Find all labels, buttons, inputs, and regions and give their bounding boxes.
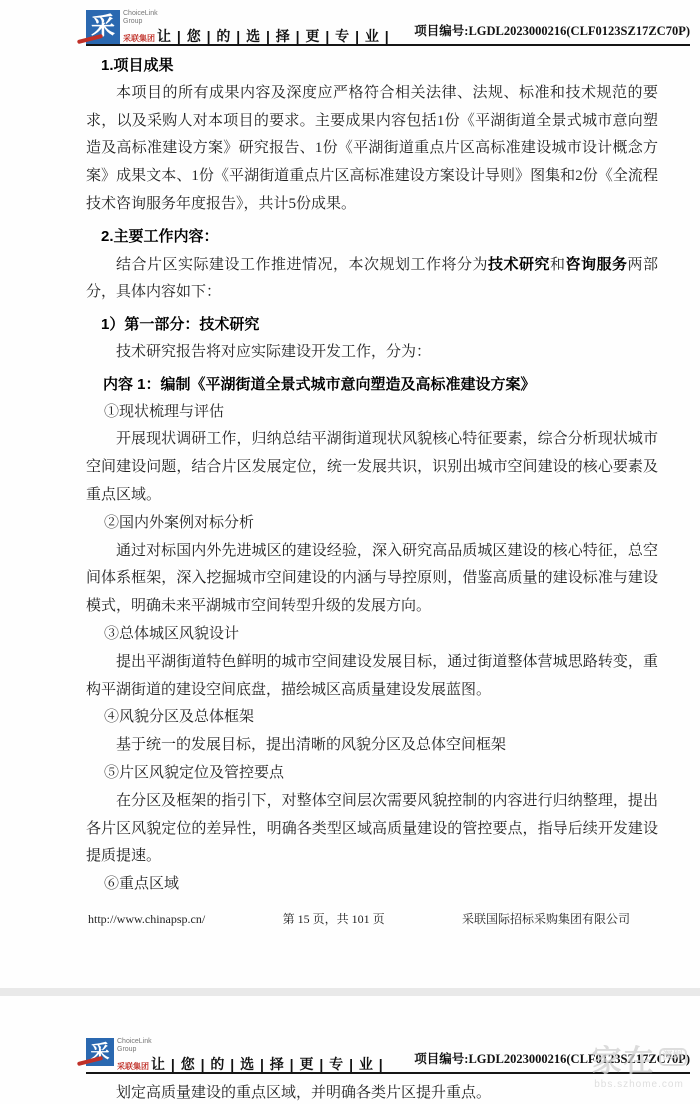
doc-paragraph: 本项目的所有成果内容及深度应严格符合相关法律、法规、标准和技术规范的要求，以及采… xyxy=(86,80,658,219)
choicelink-logo-icon: 采 xyxy=(86,1038,114,1066)
page-separator xyxy=(0,988,700,996)
doc-paragraph: 技术研究报告将对应实际建设开发工作，分为： xyxy=(86,339,658,367)
doc-heading: 内容 1：编制《平湖街道全景式城市意向塑造及高标准建设方案》 xyxy=(103,371,658,399)
doc-paragraph: 在分区及框架的指引下，对整体空间层次需要风貌控制的内容进行归纳整理，提出各片区风… xyxy=(86,788,658,871)
doc-heading: 1）第一部分：技术研究 xyxy=(101,311,658,339)
header-tagline: 让 | 您 | 的 | 选 | 择 | 更 | 专 | 业 | xyxy=(157,28,390,44)
emphasis-text: 咨询服务 xyxy=(565,256,627,273)
company-logo: 采 ChoiceLink Group 采联集团 让 | 您 | 的 | 选 | … xyxy=(86,1038,384,1072)
text-run: 和 xyxy=(550,257,566,273)
doc-list-item: ①现状梳理与评估 xyxy=(104,399,658,427)
doc-list-item: ②国内外案例对标分析 xyxy=(104,510,658,538)
doc-paragraph: 通过对标国内外先进城区的建设经验，深入研究高品质城区建设的核心特征，总空间体系框… xyxy=(86,538,658,621)
logo-text-block: ChoiceLink Group 采联集团 让 | 您 | 的 | 选 | 择 … xyxy=(117,1038,384,1072)
doc-list-item: ③总体城区风貌设计 xyxy=(104,621,658,649)
doc-list-item: ⑥重点区域 xyxy=(104,871,658,899)
project-number: 项目编号:LGDL2023000216(CLF0123SZ17ZC70P) xyxy=(414,21,690,39)
doc-paragraph: 开展现状调研工作，归纳总结平湖街道现状风貌核心特征要素，综合分析现状城市空间建设… xyxy=(86,426,658,509)
logo-company-en: Group xyxy=(117,1046,384,1054)
page-footer: http://www.chinapsp.cn/ 第 15 页，共 101 页 采… xyxy=(88,910,630,927)
document-viewer: 采 ChoiceLink Group 采联集团 让 | 您 | 的 | 选 | … xyxy=(0,0,700,1104)
doc-list-item: ⑤片区风貌定位及管控要点 xyxy=(104,760,658,788)
footer-company-name: 采联国际招标采购集团有限公司 xyxy=(462,910,630,927)
project-number: 项目编号:LGDL2023000216(CLF0123SZ17ZC70P) xyxy=(414,1049,690,1067)
footer-page-number: 第 15 页，共 101 页 xyxy=(283,910,385,927)
footer-url: http://www.chinapsp.cn/ xyxy=(88,912,205,927)
doc-paragraph: 划定高质量建设的重点区域，并明确各类片区提升重点。 xyxy=(86,1081,658,1104)
logo-company-en: Group xyxy=(123,18,390,26)
company-logo: 采 ChoiceLink Group 采联集团 让 | 您 | 的 | 选 | … xyxy=(86,10,390,44)
logo-company-en: ChoiceLink xyxy=(123,10,390,18)
text-run: 结合片区实际建设工作推进情况，本次规划工作将分为 xyxy=(116,257,488,273)
page-header: 采 ChoiceLink Group 采联集团 让 | 您 | 的 | 选 | … xyxy=(86,0,690,46)
document-page-1: 采 ChoiceLink Group 采联集团 让 | 您 | 的 | 选 | … xyxy=(0,0,700,988)
document-page-2: 采 ChoiceLink Group 采联集团 让 | 您 | 的 | 选 | … xyxy=(0,996,700,1104)
logo-company-cn: 采联集团 xyxy=(117,1062,149,1072)
page-header: 采 ChoiceLink Group 采联集团 让 | 您 | 的 | 选 | … xyxy=(86,996,690,1074)
choicelink-logo-icon: 采 xyxy=(86,10,120,44)
emphasis-text: 技术研究 xyxy=(488,256,550,273)
header-tagline: 让 | 您 | 的 | 选 | 择 | 更 | 专 | 业 | xyxy=(151,1056,384,1072)
logo-company-en: ChoiceLink xyxy=(117,1038,384,1046)
document-body: 1.项目成果本项目的所有成果内容及深度应严格符合相关法律、法规、标准和技术规范的… xyxy=(86,52,658,899)
doc-list-item: ④风貌分区及总体框架 xyxy=(104,704,658,732)
logo-text-block: ChoiceLink Group 采联集团 让 | 您 | 的 | 选 | 择 … xyxy=(123,10,390,44)
doc-paragraph: 提出平湖街道特色鲜明的城市空间建设发展目标，通过街道整体营城思路转变，重构平湖街… xyxy=(86,649,658,705)
doc-heading: 2.主要工作内容： xyxy=(101,223,658,251)
doc-paragraph: 基于统一的发展目标，提出清晰的风貌分区及总体空间框架 xyxy=(86,732,658,760)
doc-heading: 1.项目成果 xyxy=(101,52,658,80)
doc-paragraph: 结合片区实际建设工作推进情况，本次规划工作将分为技术研究和咨询服务两部分，具体内… xyxy=(86,251,658,308)
logo-company-cn: 采联集团 xyxy=(123,34,155,44)
